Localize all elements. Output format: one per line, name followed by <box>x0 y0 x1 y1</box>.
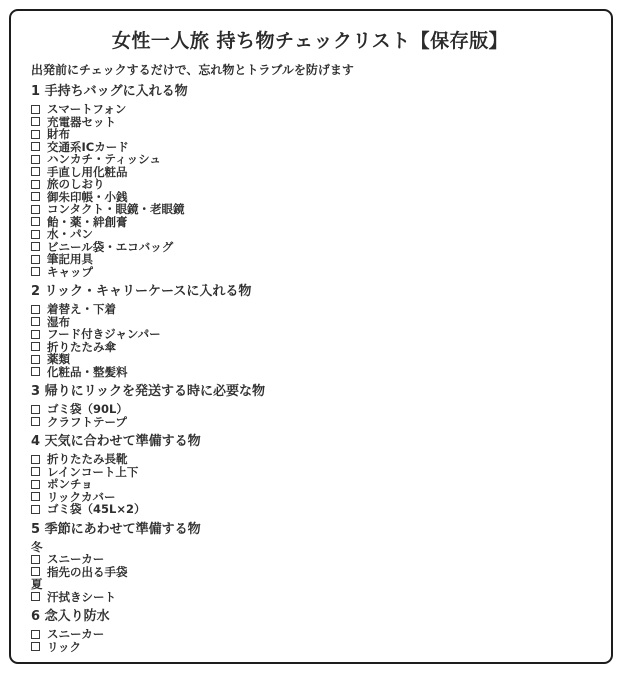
checkbox-icon[interactable] <box>31 467 40 476</box>
checkbox-icon[interactable] <box>31 205 40 214</box>
checkbox-icon[interactable] <box>31 642 40 651</box>
item-label: フード付きジャンパー <box>47 328 161 341</box>
checklist-row: キャップ <box>31 266 589 279</box>
checklist-row: レインコート上下 <box>31 466 589 479</box>
checkbox-icon[interactable] <box>31 630 40 639</box>
checklist-row: スマートフォン <box>31 103 589 116</box>
item-label: 財布 <box>47 128 70 141</box>
checkbox-icon[interactable] <box>31 555 40 564</box>
item-label: ゴミ袋（45L×2） <box>47 503 145 516</box>
checklist-row: 薬類 <box>31 353 589 366</box>
checklist-row: ポンチョ <box>31 478 589 491</box>
item-label: 化粧品・整髪料 <box>47 366 128 379</box>
checklist-row: ゴミ袋（90L） <box>31 403 589 416</box>
checkbox-icon[interactable] <box>31 242 40 251</box>
item-label: 薬類 <box>47 353 70 366</box>
season-label: 冬 <box>31 541 589 554</box>
checklist-row: 指先の出る手袋 <box>31 566 589 579</box>
section-heading: 6 念入り防水 <box>31 609 589 625</box>
checkbox-icon[interactable] <box>31 305 40 314</box>
checklist-row: 折りたたみ傘 <box>31 341 589 354</box>
checkbox-icon[interactable] <box>31 405 40 414</box>
checkbox-icon[interactable] <box>31 592 40 601</box>
checkbox-icon[interactable] <box>31 105 40 114</box>
checkbox-icon[interactable] <box>31 117 40 126</box>
checklist-row: スニーカー <box>31 628 589 641</box>
checklist-row: リック <box>31 641 589 654</box>
checkbox-icon[interactable] <box>31 267 40 276</box>
checklist-row: クラフトテープ <box>31 416 589 429</box>
checkbox-icon[interactable] <box>31 155 40 164</box>
section-heading: 3 帰りにリックを発送する時に必要な物 <box>31 384 589 400</box>
section-heading: 5 季節にあわせて準備する物 <box>31 522 589 538</box>
item-label: スニーカー <box>47 628 104 641</box>
checklist-row: コンタクト・眼鏡・老眼鏡 <box>31 203 589 216</box>
checklist-section: 1 手持ちバッグに入れる物スマートフォン充電器セット財布交通系ICカードハンカチ… <box>31 84 589 278</box>
checkbox-icon[interactable] <box>31 342 40 351</box>
section-heading: 4 天気に合わせて準備する物 <box>31 434 589 450</box>
checklist-row: 化粧品・整髪料 <box>31 366 589 379</box>
checklist-row: 着替え・下着 <box>31 303 589 316</box>
checklist-section: 3 帰りにリックを発送する時に必要な物ゴミ袋（90L）クラフトテープ <box>31 384 589 428</box>
checklist-row: フード付きジャンパー <box>31 328 589 341</box>
checklist-sections: 1 手持ちバッグに入れる物スマートフォン充電器セット財布交通系ICカードハンカチ… <box>31 84 589 653</box>
checkbox-icon[interactable] <box>31 505 40 514</box>
checklist-row: 手直し用化粧品 <box>31 166 589 179</box>
item-label: 水・パン <box>47 228 93 241</box>
item-label: 旅のしおり <box>47 178 105 191</box>
checkbox-icon[interactable] <box>31 455 40 464</box>
item-label: クラフトテープ <box>47 416 127 429</box>
checkbox-icon[interactable] <box>31 330 40 339</box>
checklist-section: 5 季節にあわせて準備する物冬スニーカー指先の出る手袋夏汗拭きシート <box>31 522 589 604</box>
checklist-row: 財布 <box>31 128 589 141</box>
checklist-row: 旅のしおり <box>31 178 589 191</box>
checklist-section: 6 念入り防水スニーカーリック <box>31 609 589 653</box>
checkbox-icon[interactable] <box>31 492 40 501</box>
item-label: リック <box>47 641 81 654</box>
checkbox-icon[interactable] <box>31 367 40 376</box>
item-label: キャップ <box>47 266 93 279</box>
checkbox-icon[interactable] <box>31 180 40 189</box>
checklist-row: 飴・薬・絆創膏 <box>31 216 589 229</box>
item-label: 汗拭きシート <box>47 591 116 604</box>
item-label: ポンチョ <box>47 478 93 491</box>
checkbox-icon[interactable] <box>31 480 40 489</box>
item-label: 指先の出る手袋 <box>47 566 128 579</box>
season-label: 夏 <box>31 578 589 591</box>
checkbox-icon[interactable] <box>31 167 40 176</box>
item-label: 折りたたみ長靴 <box>47 453 128 466</box>
checkbox-icon[interactable] <box>31 192 40 201</box>
checklist-row: ゴミ袋（45L×2） <box>31 503 589 516</box>
checklist-row: 筆記用具 <box>31 253 589 266</box>
checkbox-icon[interactable] <box>31 567 40 576</box>
item-label: ゴミ袋（90L） <box>47 403 128 416</box>
checklist-section: 4 天気に合わせて準備する物折りたたみ長靴レインコート上下ポンチョリックカバーゴ… <box>31 434 589 516</box>
item-label: コンタクト・眼鏡・老眼鏡 <box>47 203 185 216</box>
item-label: 着替え・下着 <box>47 303 116 316</box>
item-label: 筆記用具 <box>47 253 93 266</box>
checkbox-icon[interactable] <box>31 355 40 364</box>
item-label: スマートフォン <box>47 103 126 116</box>
checklist-row: 充電器セット <box>31 116 589 129</box>
checklist-row: スニーカー <box>31 553 589 566</box>
section-heading: 2 リック・キャリーケースに入れる物 <box>31 284 589 300</box>
checkbox-icon[interactable] <box>31 130 40 139</box>
page-subtitle: 出発前にチェックするだけで、忘れ物とトラブルを防げます <box>31 62 589 78</box>
checkbox-icon[interactable] <box>31 255 40 264</box>
checklist-section: 2 リック・キャリーケースに入れる物着替え・下着湿布フード付きジャンパー折りたた… <box>31 284 589 378</box>
checkbox-icon[interactable] <box>31 417 40 426</box>
checklist-row: 水・パン <box>31 228 589 241</box>
item-label: ハンカチ・ティッシュ <box>47 153 161 166</box>
checklist-row: 汗拭きシート <box>31 591 589 604</box>
section-heading: 1 手持ちバッグに入れる物 <box>31 84 589 100</box>
checkbox-icon[interactable] <box>31 217 40 226</box>
document-page: 女性一人旅 持ち物チェックリスト【保存版】 出発前にチェックするだけで、忘れ物と… <box>9 9 613 664</box>
checkbox-icon[interactable] <box>31 230 40 239</box>
screenshot-canvas: 女性一人旅 持ち物チェックリスト【保存版】 出発前にチェックするだけで、忘れ物と… <box>0 0 624 675</box>
checklist-row: ハンカチ・ティッシュ <box>31 153 589 166</box>
page-title: 女性一人旅 持ち物チェックリスト【保存版】 <box>31 29 589 53</box>
item-label: スニーカー <box>47 553 104 566</box>
checklist-row: ビニール袋・エコバッグ <box>31 241 589 254</box>
checkbox-icon[interactable] <box>31 142 40 151</box>
checklist-row: 折りたたみ長靴 <box>31 453 589 466</box>
checkbox-icon[interactable] <box>31 317 40 326</box>
